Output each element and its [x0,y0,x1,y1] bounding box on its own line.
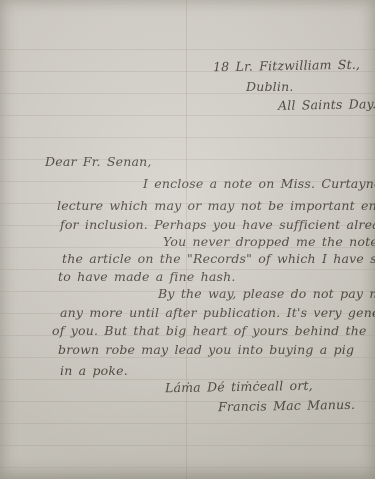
date-line: All Saints Day. [278,96,375,113]
body-line: You never dropped me the note about [163,234,375,249]
body-line: By the way, please do not pay me [158,286,375,301]
body-line: the article on the "Records" of which I … [62,251,375,266]
salutation: Dear Fr. Senan, [45,154,152,169]
body-line: in a poke. [60,363,128,378]
body-line: brown robe may lead you into buying a pi… [58,342,354,357]
handwritten-letter-page: 18 Lr. Fitzwilliam St., Dublin. All Sain… [0,0,375,479]
body-line: I enclose a note on Miss. Curtayne's [143,176,375,191]
signature: Francis Mac Manus. [218,397,355,414]
address-line-2: Dublin. [246,79,294,94]
address-line-1: 18 Lr. Fitzwilliam St., [213,57,360,75]
body-line: any more until after publication. It's v… [60,305,375,320]
closing-line: Láṁa Dé tiṁċeall ort, [165,378,313,396]
body-line: for inclusion. Perhaps you have sufficie… [60,217,375,232]
body-line: of you. But that big heart of yours behi… [52,323,367,338]
body-line: lecture which may or may not be importan… [57,198,375,213]
body-line: to have made a fine hash. [58,269,236,284]
